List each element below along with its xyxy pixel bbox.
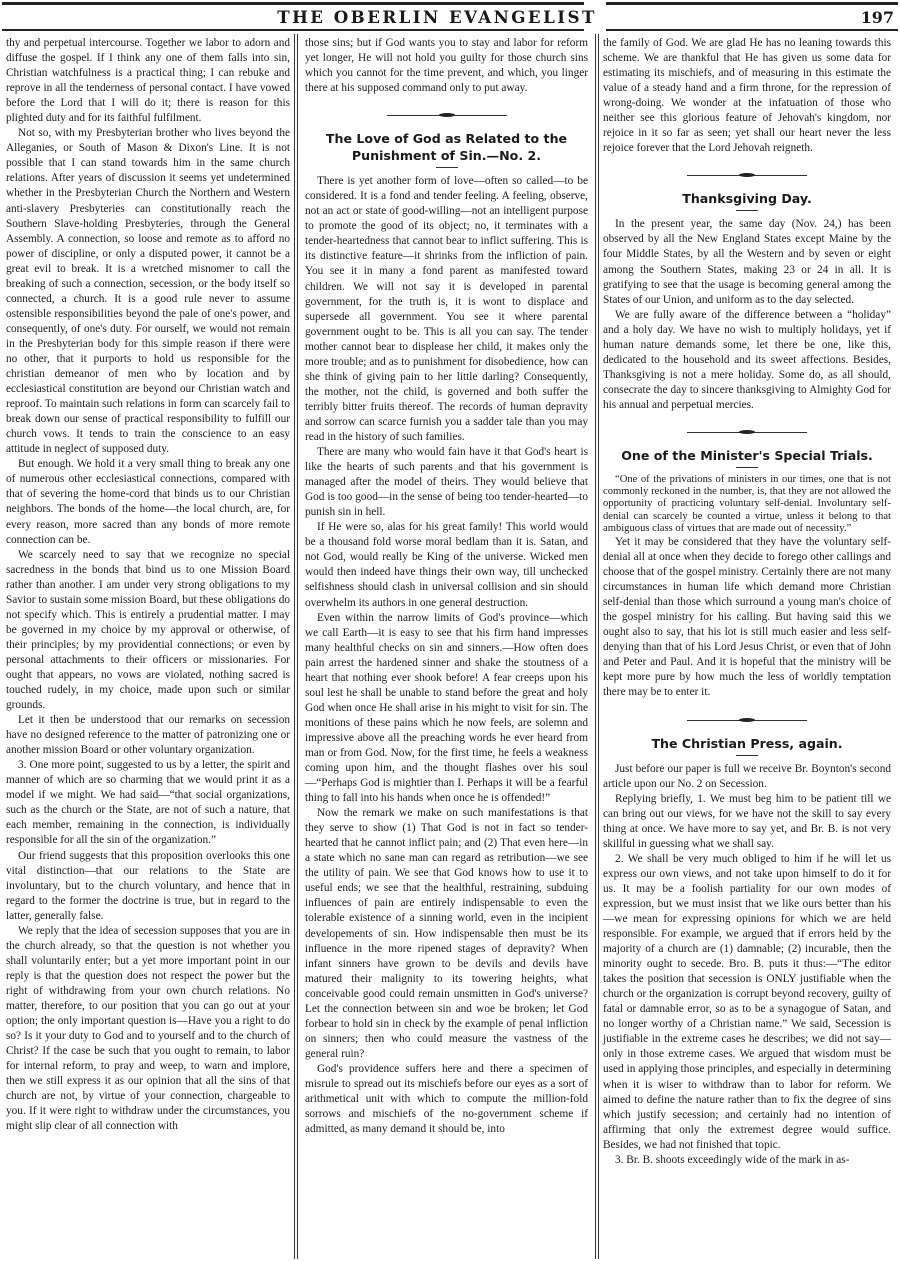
title-underline	[736, 467, 758, 468]
paragraph: Even within the narrow limits of God's p…	[305, 611, 588, 807]
title-underline	[436, 167, 458, 168]
paragraph: 3. Br. B. shoots exceedingly wide of the…	[603, 1153, 891, 1168]
newspaper-title: THE OBERLIN EVANGELIST	[0, 8, 600, 28]
paragraph: God's providence suffers here and there …	[305, 1062, 588, 1137]
paragraph: Yet it may be considered that they have …	[603, 535, 891, 701]
column-divider	[595, 34, 596, 1259]
paragraph: But enough. We hold it a very small thin…	[6, 457, 290, 547]
article-title: The Christian Press, again.	[603, 735, 891, 752]
paragraph: Let it then be understood that our remar…	[6, 713, 290, 758]
paragraph: There is yet another form of love—often …	[305, 174, 588, 445]
ornamental-divider	[687, 170, 807, 180]
paragraph: If He were so, alas for his great family…	[305, 520, 588, 610]
column-divider	[598, 34, 599, 1259]
paragraph: There are many who would fain have it th…	[305, 445, 588, 520]
ornamental-divider	[387, 110, 507, 120]
paragraph: Replying briefly, 1. We must beg him to …	[603, 792, 891, 852]
page-number: 197	[861, 8, 894, 27]
article-title: One of the Minister's Special Trials.	[603, 447, 891, 464]
ornamental-divider	[687, 427, 807, 437]
paragraph: We reply that the idea of secession supp…	[6, 924, 290, 1135]
masthead: THE OBERLIN EVANGELIST 197	[0, 0, 900, 34]
paragraph: We scarcely need to say that we recogniz…	[6, 548, 290, 714]
paragraph: the family of God. We are glad He has no…	[603, 36, 891, 156]
ornamental-divider	[687, 715, 807, 725]
title-underline	[736, 755, 758, 756]
masthead-rule	[2, 29, 584, 31]
paragraph: Not so, with my Presbyterian brother who…	[6, 126, 290, 457]
paragraph: those sins; but if God wants you to stay…	[305, 36, 588, 96]
paragraph: Our friend suggests that this propositio…	[6, 849, 290, 924]
block-quote: “One of the privations of ministers in o…	[603, 474, 891, 535]
paragraph: 3. One more point, suggested to us by a …	[6, 758, 290, 848]
column-divider	[294, 34, 295, 1259]
paragraph: 2. We shall be very much obliged to him …	[603, 852, 891, 1153]
article-title: Thanksgiving Day.	[603, 190, 891, 207]
paragraph: We are fully aware of the difference bet…	[603, 308, 891, 413]
paragraph: Now the remark we make on such manifesta…	[305, 806, 588, 1062]
column-2: those sins; but if God wants you to stay…	[305, 36, 588, 1254]
column-1: thy and perpetual intercourse. Together …	[6, 36, 290, 1254]
column-divider	[297, 34, 298, 1259]
article-title: The Love of God as Related to the Punish…	[305, 130, 588, 164]
paragraph: Just before our paper is full we receive…	[603, 762, 891, 792]
column-3: the family of God. We are glad He has no…	[603, 36, 891, 1254]
masthead-rule	[606, 2, 898, 5]
masthead-rule	[2, 2, 584, 5]
paragraph: In the present year, the same day (Nov. …	[603, 217, 891, 307]
masthead-rule	[606, 29, 898, 31]
title-underline	[736, 210, 758, 211]
paragraph: thy and perpetual intercourse. Together …	[6, 36, 290, 126]
